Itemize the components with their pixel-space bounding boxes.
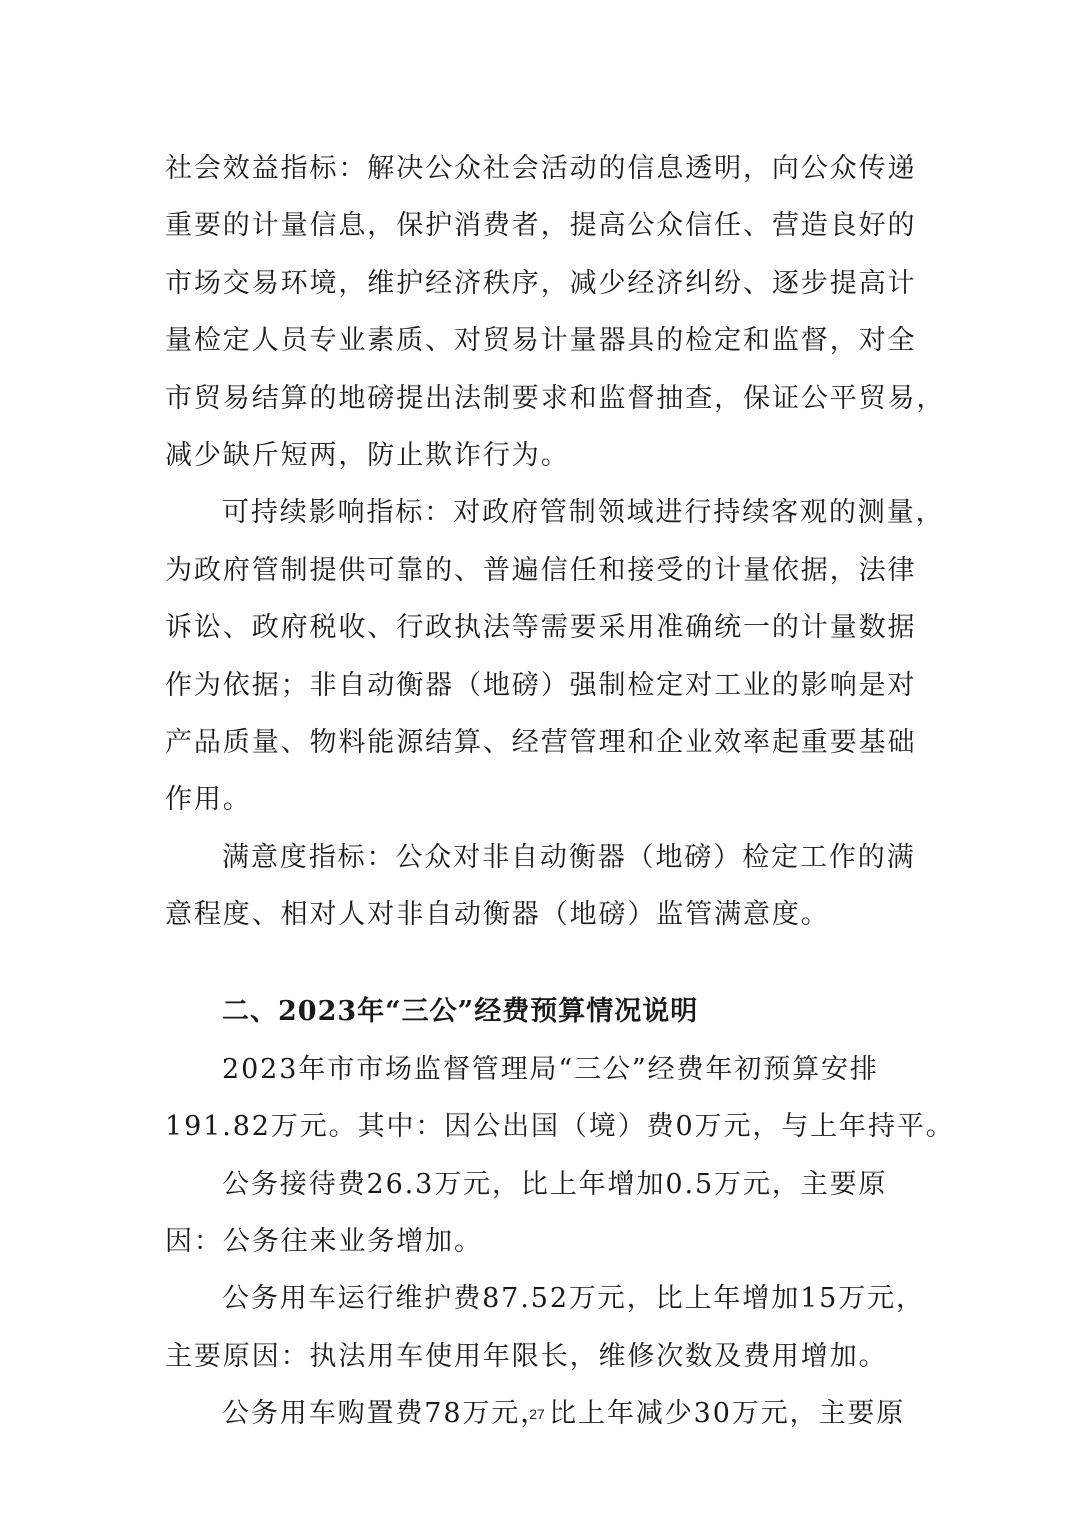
paragraph-reception-fee: 公务接待费26.3万元，比上年增加0.5万元，主要原 因：公务往来业务增加。 [165, 1156, 913, 1271]
text-line: 公务接待费26.3万元，比上年增加0.5万元，主要原 [165, 1156, 913, 1213]
text-line: 社会效益指标：解决公众社会活动的信息透明，向公众传递 [165, 140, 913, 197]
text-line: 为政府管制提供可靠的、普遍信任和接受的计量依据，法律 [165, 542, 913, 599]
text-line: 诉讼、政府税收、行政执法等需要采用准确统一的计量数据 [165, 599, 913, 656]
text-line: 2023年市市场监督管理局“三公”经费年初预算安排 [165, 1041, 913, 1098]
paragraph-budget-intro: 2023年市市场监督管理局“三公”经费年初预算安排 191.82万元。其中：因公… [165, 1041, 913, 1156]
text-line: 意程度、相对人对非自动衡器（地磅）监管满意度。 [165, 886, 913, 943]
text-line: 量检定人员专业素质、对贸易计量器具的检定和监督，对全 [165, 312, 913, 369]
paragraph-satisfaction: 满意度指标：公众对非自动衡器（地磅）检定工作的满 意程度、相对人对非自动衡器（地… [165, 829, 913, 944]
paragraph-social-benefit: 社会效益指标：解决公众社会活动的信息透明，向公众传递 重要的计量信息，保护消费者… [165, 140, 913, 484]
document-page: 社会效益指标：解决公众社会活动的信息透明，向公众传递 重要的计量信息，保护消费者… [165, 140, 913, 1443]
spacer [165, 943, 913, 983]
text-line: 重要的计量信息，保护消费者，提高公众信任、营造良好的 [165, 197, 913, 254]
paragraph-sustainable-impact: 可持续影响指标：对政府管制领域进行持续客观的测量， 为政府管制提供可靠的、普遍信… [165, 484, 913, 828]
text-line: 作用。 [165, 771, 913, 828]
text-line: 市场交易环境，维护经济秩序，减少经济纠纷、逐步提高计 [165, 255, 913, 312]
text-line: 减少缺斤短两，防止欺诈行为。 [165, 427, 913, 484]
text-line: 主要原因：执法用车使用年限长，维修次数及费用增加。 [165, 1328, 913, 1385]
page-number: 27 [0, 1406, 1074, 1422]
text-line: 因：公务往来业务增加。 [165, 1213, 913, 1270]
paragraph-vehicle-operation: 公务用车运行维护费87.52万元，比上年增加15万元， 主要原因：执法用车使用年… [165, 1270, 913, 1385]
text-line: 市贸易结算的地磅提出法制要求和监督抽查，保证公平贸易， [165, 370, 913, 427]
text-line: 满意度指标：公众对非自动衡器（地磅）检定工作的满 [165, 829, 913, 886]
section-heading: 二、2023年“三公”经费预算情况说明 [165, 983, 913, 1040]
text-line: 作为依据；非自动衡器（地磅）强制检定对工业的影响是对 [165, 657, 913, 714]
text-line: 公务用车运行维护费87.52万元，比上年增加15万元， [165, 1270, 913, 1327]
text-line: 可持续影响指标：对政府管制领域进行持续客观的测量， [165, 484, 913, 541]
text-line: 产品质量、物料能源结算、经营管理和企业效率起重要基础 [165, 714, 913, 771]
text-line: 191.82万元。其中：因公出国（境）费0万元，与上年持平。 [165, 1098, 913, 1155]
